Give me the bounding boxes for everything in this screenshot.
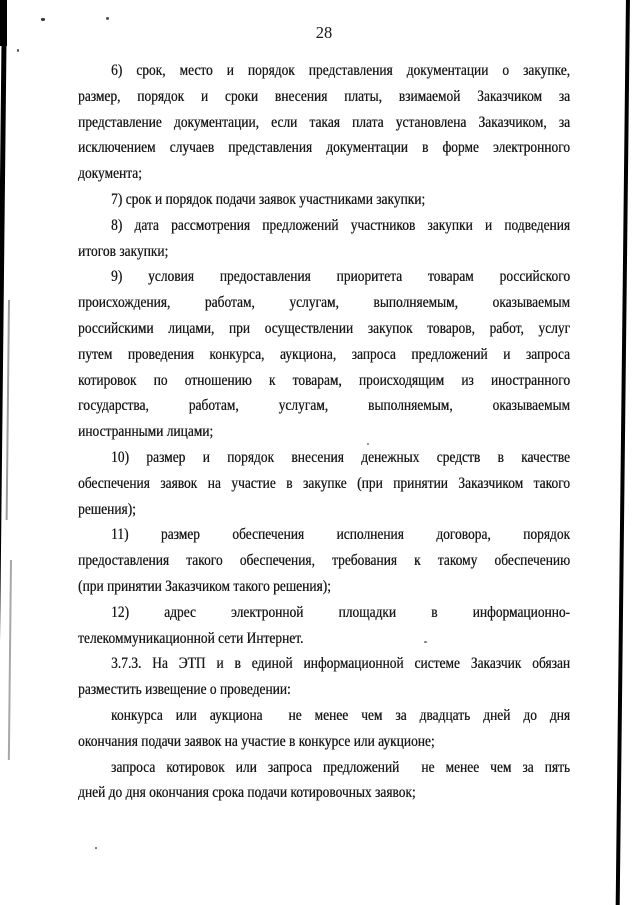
- text-line: размер, порядок и сроки внесения платы, …: [78, 83, 570, 109]
- paragraph: 7) срок и порядок подачи заявок участник…: [78, 186, 570, 212]
- paragraph: 9) условия предоставления приоритета тов…: [78, 263, 570, 444]
- page-number: 28: [78, 24, 570, 42]
- scan-speck: [41, 18, 45, 21]
- document-body: 6) срок, место и порядок представления д…: [78, 57, 570, 805]
- text-line: телекоммуникационной сети Интернет.: [78, 625, 570, 651]
- paragraph: 10) размер и порядок внесения денежных с…: [78, 444, 570, 521]
- text-line: представление документации, если такая п…: [78, 109, 570, 135]
- paragraph: запроса котировок или запроса предложени…: [78, 754, 570, 806]
- paragraph: 3.7.3. На ЭТП и в единой информационной …: [78, 650, 570, 702]
- text-line: окончания подачи заявок на участие в кон…: [78, 728, 570, 754]
- scan-edge-left-cap: [0, 0, 7, 46]
- paragraph: 11) размер обеспечения исполнения догово…: [78, 521, 570, 598]
- text-line: 3.7.3. На ЭТП и в единой информационной …: [78, 650, 570, 676]
- scan-speck: [95, 847, 97, 849]
- text-line: предоставления такого обеспечения, требо…: [78, 547, 570, 573]
- text-line: решения);: [78, 496, 570, 522]
- text-line: разместить извещение о проведении:: [78, 676, 570, 702]
- paragraph: конкурса или аукциона не менее чем за дв…: [78, 702, 570, 754]
- text-line: запроса котировок или запроса предложени…: [78, 754, 570, 780]
- text-line: обеспечения заявок на участие в закупке …: [78, 470, 570, 496]
- scan-speck: [17, 49, 19, 52]
- scan-edge-left-shadow: [6, 300, 10, 520]
- text-line: исключением случаев представления докуме…: [78, 134, 570, 160]
- document-page: 28 6) срок, место и порядок представлени…: [0, 0, 640, 905]
- text-line: государства, работам, услугам, выполняем…: [78, 392, 570, 418]
- paragraph: 8) дата рассмотрения предложений участни…: [78, 212, 570, 264]
- text-line: дней до дня окончания срока подачи котир…: [78, 779, 570, 805]
- text-line: 10) размер и порядок внесения денежных с…: [78, 444, 570, 470]
- scan-edge-left-shadow: [8, 560, 12, 760]
- text-line: 6) срок, место и порядок представления д…: [78, 57, 570, 83]
- paragraph: 6) срок, место и порядок представления д…: [78, 57, 570, 186]
- text-line: документа;: [78, 160, 570, 186]
- scan-speck: [106, 17, 109, 20]
- text-line: 11) размер обеспечения исполнения догово…: [78, 521, 570, 547]
- text-line: 12) адрес электронной площадки в информа…: [78, 599, 570, 625]
- text-line: котировок по отношению к товарам, происх…: [78, 367, 570, 393]
- scan-edge-right: [616, 0, 630, 905]
- paragraph: 12) адрес электронной площадки в информа…: [78, 599, 570, 651]
- text-line: происхождения, работам, услугам, выполня…: [78, 289, 570, 315]
- text-line: путем проведения конкурса, аукциона, зап…: [78, 341, 570, 367]
- text-line: 9) условия предоставления приоритета тов…: [78, 263, 570, 289]
- text-line: конкурса или аукциона не менее чем за дв…: [78, 702, 570, 728]
- text-line: иностранными лицами;: [78, 418, 570, 444]
- text-line: 7) срок и порядок подачи заявок участник…: [78, 186, 570, 212]
- text-line: (при принятии Заказчиком такого решения)…: [78, 573, 570, 599]
- text-line: итогов закупки;: [78, 238, 570, 264]
- text-line: российскими лицами, при осуществлении за…: [78, 315, 570, 341]
- text-line: 8) дата рассмотрения предложений участни…: [78, 212, 570, 238]
